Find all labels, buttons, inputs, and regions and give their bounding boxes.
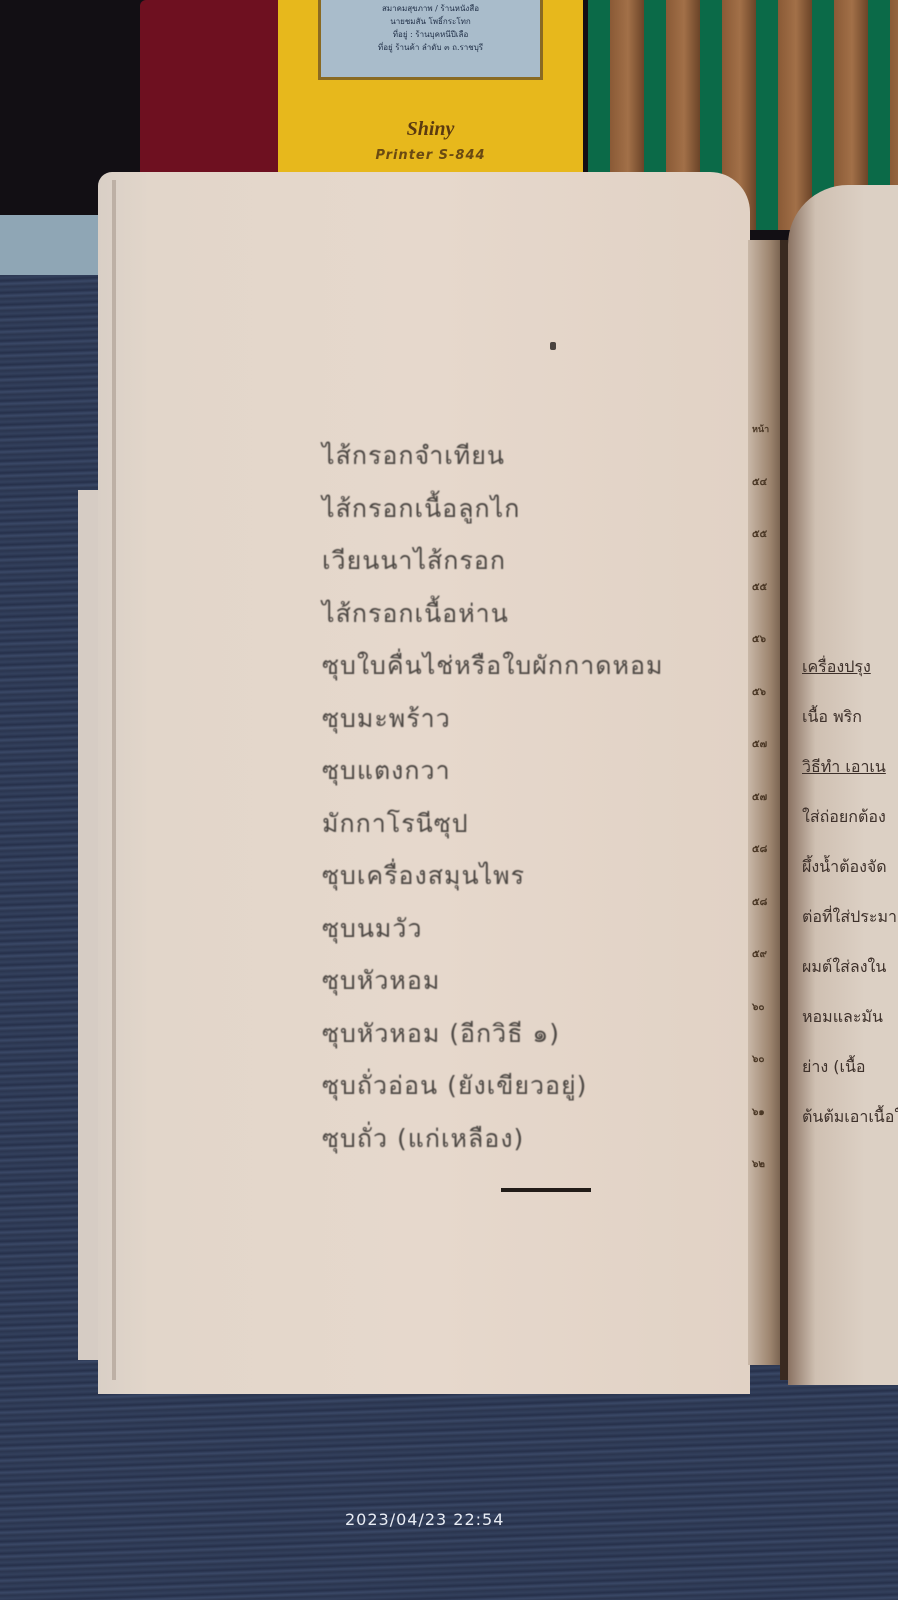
toc-item: ไส้กรอกเนื้อห่าน [322, 592, 663, 645]
page-number: ๕๖ [752, 683, 769, 736]
page-number: ๖๐ [752, 998, 769, 1051]
right-page-text: เครื่องปรุง เนื้อ พริก วิธีทำ เอาเน ใส่ถ… [802, 655, 898, 1155]
page-number: ๖๒ [752, 1155, 769, 1208]
right-page-line: ใส่ถ่อยกต้อง [802, 805, 898, 855]
page-number: ๕๙ [752, 945, 769, 998]
stamp-label-line: นายชมสัน โพธิ์กระโทก [321, 15, 540, 28]
stamp-label-line: ที่อยู่ ร้านค้า ลำดับ ๓ ถ.ราชบุรี [321, 41, 540, 54]
right-page-line: เครื่องปรุง [802, 655, 898, 705]
section-end-rule [501, 1188, 591, 1192]
toc-item: ซุบนมวัว [322, 907, 663, 960]
stamp-model-text: Printer S-844 [278, 148, 583, 163]
book-right-page: เครื่องปรุง เนื้อ พริก วิธีทำ เอาเน ใส่ถ… [788, 185, 898, 1385]
page-number: ๕๔ [752, 473, 769, 526]
toc-item: ซุบเครื่องสมุนไพร [322, 854, 663, 907]
toc-item: ซุบใบคื่นไช่หรือใบผักกาดหอม [322, 644, 663, 697]
stamp-label-line: ที่อยู่ : ร้านบุคหนีปีเลือ [321, 28, 540, 41]
toc-item: มักกาโรนีซุป [322, 802, 663, 855]
page-number: ๕๗ [752, 735, 769, 788]
right-page-line: หอมและมัน [802, 1005, 898, 1055]
page-header-label: หน้า [752, 420, 769, 473]
page-number: ๕๕ [752, 525, 769, 578]
page-mark [550, 342, 556, 350]
page-number: ๕๘ [752, 893, 769, 946]
toc-item: ซุบแตงกวา [322, 749, 663, 802]
page-number: ๕๖ [752, 630, 769, 683]
toc-item: ซุบหัวหอม [322, 959, 663, 1012]
toc-item: เวียนนาไส้กรอก [322, 539, 663, 592]
book-gutter [780, 240, 788, 1380]
stamp-label: สมาคมสุขภาพ / ร้านหนังสือ นายชมสัน โพธิ์… [318, 0, 543, 80]
red-stamp-object [140, 0, 290, 180]
right-page-line: ต่อที่ใส่ประมา [802, 905, 898, 955]
toc-item: ซุบถั่ว (แก่เหลือง) [322, 1117, 663, 1170]
toc-item: ซุบมะพร้าว [322, 697, 663, 750]
photo-timestamp: 2023/04/23 22:54 [345, 1510, 504, 1529]
right-page-line: เนื้อ พริก [802, 705, 898, 755]
stamp-label-line: สมาคมสุขภาพ / ร้านหนังสือ [321, 2, 540, 15]
toc-item: ซุบหัวหอม (อีกวิธี ๑) [322, 1012, 663, 1065]
right-page-line: ผมต์ใส่ลงใน [802, 955, 898, 1005]
page-number: ๕๗ [752, 788, 769, 841]
yellow-self-inking-stamp: สมาคมสุขภาพ / ร้านหนังสือ นายชมสัน โพธิ์… [278, 0, 583, 195]
stamp-brand-logo: Shiny [278, 118, 583, 141]
page-number: ๕๘ [752, 840, 769, 893]
toc-item: ไส้กรอกเนื้อลูกไก [322, 487, 663, 540]
right-page-line: ผึ้งน้ำต้องจัด [802, 855, 898, 905]
toc-item: ไส้กรอกจำเทียน [322, 434, 663, 487]
right-page-line: ต้นต้มเอาเนื้อใ [802, 1105, 898, 1155]
page-number-column: หน้า ๕๔ ๕๕ ๕๕ ๕๖ ๕๖ ๕๗ ๕๗ ๕๘ ๕๘ ๕๙ ๖๐ ๖๐… [752, 420, 769, 1208]
right-page-line: ย่าง (เนื้อ [802, 1055, 898, 1105]
toc-item: ซุบถั่วอ่อน (ยังเขียวอยู่) [322, 1064, 663, 1117]
page-number: ๕๕ [752, 578, 769, 631]
page-number: ๖๐ [752, 1050, 769, 1103]
right-page-line: วิธีทำ เอาเน [802, 755, 898, 805]
page-number: ๖๑ [752, 1103, 769, 1156]
book-spine-line [112, 180, 116, 1380]
table-of-contents: ไส้กรอกจำเทียน ไส้กรอกเนื้อลูกไก เวียนนา… [322, 434, 663, 1169]
